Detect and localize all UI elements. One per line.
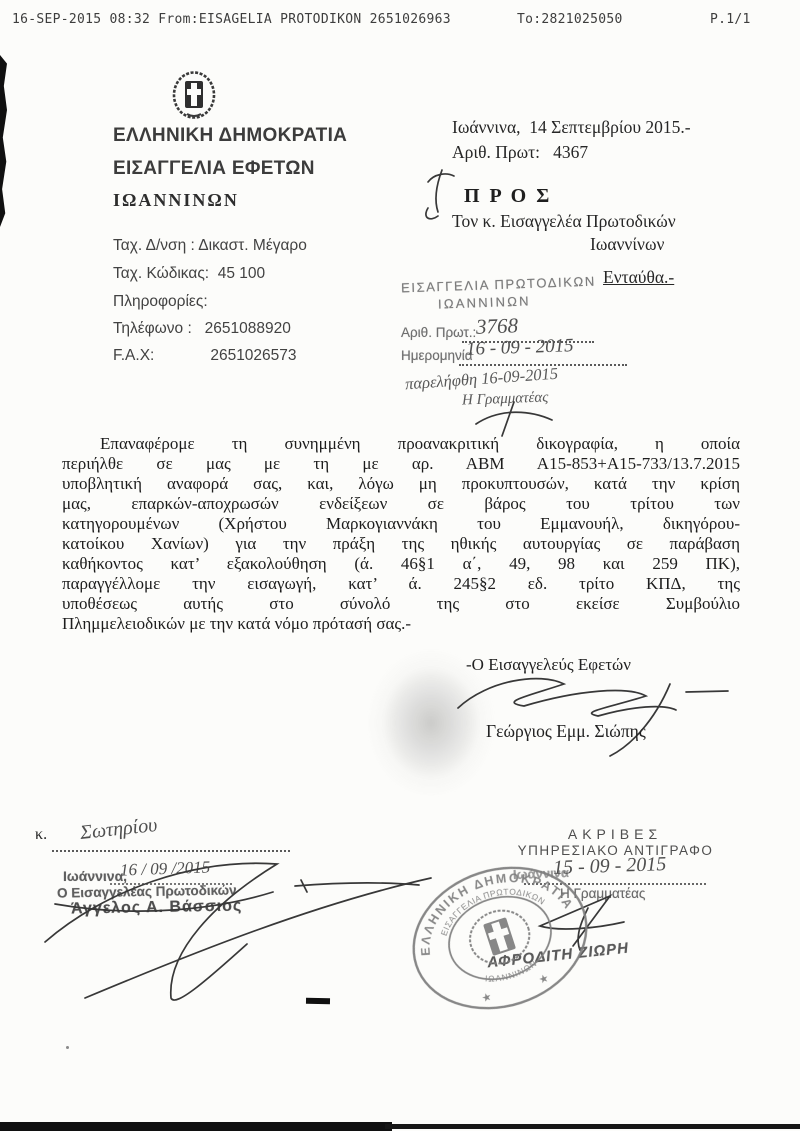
- recipient-line-2: Ιωαννίνων: [590, 234, 664, 255]
- scan-artifact-dot: [66, 1046, 69, 1049]
- contact-phone: Τηλέφωνο : 2651088920: [113, 320, 291, 338]
- scan-artifact-left-edge: [0, 55, 7, 227]
- svg-text:ΙΩΑΝΝΙΝΩΝ: ΙΩΑΝΝΙΝΩΝ: [482, 957, 541, 989]
- letterhead-office: ΕΙΣΑΓΓΕΛΙΑ ΕΦΕΤΩΝ: [113, 158, 315, 180]
- letterhead-city: ΙΩΑΝΝΙΝΩΝ: [113, 190, 239, 211]
- fax-header-from: 16-SEP-2015 08:32 From:EISAGELIA PROTODI…: [12, 12, 451, 27]
- letter-place-date: Ιωάννινα, 14 Σεπτεμβρίου 2015.-: [452, 117, 691, 138]
- letterhead-republic: ΕΛΛΗΝΙΚΗ ΔΗΜΟΚΡΑΤΙΑ: [113, 125, 347, 147]
- scan-artifact-mark: [306, 998, 330, 1004]
- body-line: περιήλθε σε μας με τη με αρ. ΑΒΜ Α15-853…: [62, 454, 740, 474]
- stamp-star-left: ★: [480, 991, 493, 1006]
- fax-header-to: To:2821025050: [517, 12, 623, 27]
- receipt-stamp-office-line1: ΕΙΣΑΓΓΕΛΙΑ ΠΡΩΤΟΔΙΚΩΝ: [401, 274, 596, 296]
- receipt-protocol-handwritten: 3768: [476, 313, 519, 339]
- body-line: μας, επαρκών-αποχρωσών ενδείξεων σε βάρο…: [62, 494, 740, 514]
- receipt-date-label: Ημερομηνία: [401, 348, 473, 363]
- body-line: υποβλητική αναφορά σας, και, λόγω μη προ…: [62, 474, 740, 494]
- body-line: Πλημμελειοδικών με την κατά νόμο πρότασή…: [62, 614, 740, 634]
- scan-artifact-bottom-bar-left: [0, 1122, 392, 1131]
- prosecutor-signature-scribble: [428, 662, 788, 772]
- recipient-line-1: Τον κ. Εισαγγελέα Πρωτοδικών: [452, 211, 676, 232]
- pros-heading: Π Ρ Ο Σ: [464, 185, 552, 208]
- fax-header-page: P.1/1: [710, 12, 751, 27]
- scanned-fax-document: 16-SEP-2015 08:32 From:EISAGELIA PROTODI…: [0, 0, 800, 1131]
- receipt-date-handwritten: 16 - 09 - 2015: [466, 335, 574, 361]
- body-paragraph: Επαναφέρομε τη συνημμένη προανακριτική δ…: [62, 434, 740, 634]
- receipt-protocol-label: Αριθ. Πρωτ.:: [401, 325, 476, 340]
- entavtha-label: Ενταύθα.-: [603, 267, 674, 288]
- stamp-inner-bottom-text: ΙΩΑΝΝΙΝΩΝ: [482, 957, 541, 989]
- body-line: καθήκοντος κατ’ εξακολούθηση (ά. 46§1 α΄…: [62, 554, 740, 574]
- receipt-stamp-office-line2: ΙΩΑΝΝΙΝΩΝ: [438, 293, 531, 311]
- body-line: Επαναφέρομε τη συνημμένη προανακριτική δ…: [62, 434, 740, 454]
- body-line: κατηγορουμένων (Χρήστου Μαρκογιαννάκη το…: [62, 514, 740, 534]
- letter-protocol-number: Αριθ. Πρωτ: 4367: [452, 142, 588, 163]
- contact-info: Πληροφορίες:: [113, 293, 208, 311]
- body-line: υποθέσεως αυτής στο σύνολό της στο εκείσ…: [62, 594, 740, 614]
- signer-name: Γεώργιος Εμμ. Σιώπης: [486, 721, 646, 742]
- body-line: κατοίκου Χανίων) για την πράξη της ηθική…: [62, 534, 740, 554]
- stamp-center-emblem: [463, 903, 536, 971]
- contact-postal-code: Ταχ. Κώδικας: 45 100: [113, 265, 265, 283]
- contact-fax: F.A.X: 2651026573: [113, 347, 297, 365]
- greek-national-emblem-icon: [171, 70, 217, 120]
- contact-address: Ταχ. Δ/νση : Δικαστ. Μέγαρο: [113, 237, 307, 255]
- body-line: παραγγέλλομε την εισαγωγή, κατ’ ά. 245§2…: [62, 574, 740, 594]
- scan-artifact-bottom-bar-right: [385, 1124, 800, 1129]
- stamp-star-right: ★: [537, 972, 550, 987]
